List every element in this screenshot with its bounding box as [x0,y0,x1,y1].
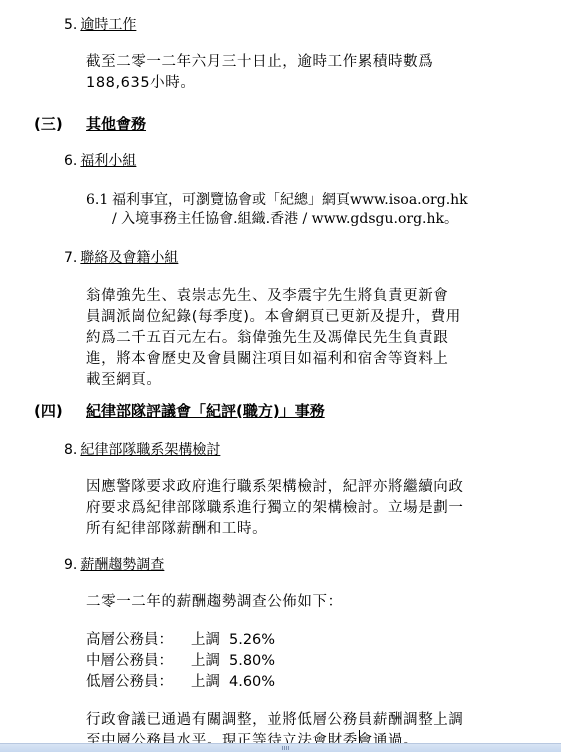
section-number: (四) [34,402,63,420]
item-number: 6. [64,153,77,169]
sub-item-line: / 入境事務主任協會.組織.香港 / www.gdsgu.org.hk。 [112,210,458,229]
window-bottom-bar [0,743,561,752]
pay-row: 中層公務員：上調5.80% [86,651,275,672]
pay-value: 5.26% [229,630,275,651]
item-9-heading: 9.薪酬趨勢調查 [64,557,164,573]
pay-grade: 低層公務員： [86,672,191,693]
item-5-body: 截至二零一二年六月三十日止，逾時工作累積時數爲 188,635小時。 [86,52,433,94]
item-7-body: 翁偉強先生、袁崇志先生、及李震宇先生將負責更新會 員調派崗位紀錄(每季度)。本會… [86,286,461,391]
item-number: 9. [64,557,77,573]
pay-row: 高層公務員：上調5.26% [86,630,275,651]
item-title: 福利小組 [80,153,136,169]
pay-direction: 上調 [191,672,229,693]
pay-direction: 上調 [191,651,229,672]
sub-item-text: 福利事宜，可瀏覽協會或「紀總」網頁www.isoa.org.hk [112,192,468,208]
item-number: 7. [64,250,77,266]
document-page: 5.逾時工作 截至二零一二年六月三十日止，逾時工作累積時數爲 188,635小時… [0,0,561,743]
pay-value: 5.80% [229,651,275,672]
paragraph-line: 約爲二千五百元左右。翁偉強先生及馮偉民先生負責跟 [86,328,461,349]
paragraph-line: 截至二零一二年六月三十日止，逾時工作累積時數爲 [86,52,433,73]
item-8-heading: 8.紀律部隊職系架構檢討 [64,442,220,458]
paragraph-line: 行政會議已通過有關調整，並將低層公務員薪酬調整上調 [86,710,464,731]
paragraph-line: 載至網頁。 [86,370,461,391]
pay-direction: 上調 [191,630,229,651]
item-title: 紀律部隊職系架構檢討 [80,442,220,458]
sub-item-number: 6.1 [86,191,108,210]
item-8-body: 因應警隊要求政府進行職系架構檢討，紀評亦將繼續向政 府要求爲紀律部隊職系進行獨立… [86,477,464,540]
item-title: 聯絡及會籍小組 [80,250,178,266]
paragraph-line: 府要求爲紀律部隊職系進行獨立的架構檢討。立場是劃一 [86,498,464,519]
section-number: (三) [34,115,63,133]
item-6-heading: 6.福利小組 [64,153,136,169]
item-number: 8. [64,442,77,458]
section-title: 紀律部隊評議會「紀評(職方)」事務 [86,402,325,420]
item-9-intro: 二零一二年的薪酬趨勢調查公佈如下： [86,592,343,613]
resize-grip-icon[interactable] [282,746,290,750]
paragraph-line: 進，將本會歷史及會員關注項目如福利和宿舍等資料上 [86,349,461,370]
item-title: 逾時工作 [80,17,136,33]
pay-adjustment-table: 高層公務員：上調5.26% 中層公務員：上調5.80% 低層公務員：上調4.60… [86,630,275,693]
pay-grade: 高層公務員： [86,630,191,651]
paragraph-line: 188,635小時。 [86,73,433,94]
item-5-heading: 5.逾時工作 [64,17,136,33]
item-number: 5. [64,17,77,33]
sub-item-line: 福利事宜，可瀏覽協會或「紀總」網頁www.isoa.org.hk [112,191,468,210]
paragraph-line: 所有紀律部隊薪酬和工時。 [86,519,464,540]
sub-item-text: / 入境事務主任協會.組織.香港 / www.gdsgu.org.hk。 [112,211,458,227]
paragraph-line: 翁偉強先生、袁崇志先生、及李震宇先生將負責更新會 [86,286,461,307]
section-title: 其他會務 [86,115,146,133]
pay-grade: 中層公務員： [86,651,191,672]
pay-row: 低層公務員：上調4.60% [86,672,275,693]
paragraph-line: 員調派崗位紀錄(每季度)。本會網頁已更新及提升，費用 [86,307,461,328]
item-title: 薪酬趨勢調查 [80,557,164,573]
item-7-heading: 7.聯絡及會籍小組 [64,250,178,266]
paragraph-line: 因應警隊要求政府進行職系架構檢討，紀評亦將繼續向政 [86,477,464,498]
pay-value: 4.60% [229,672,275,693]
